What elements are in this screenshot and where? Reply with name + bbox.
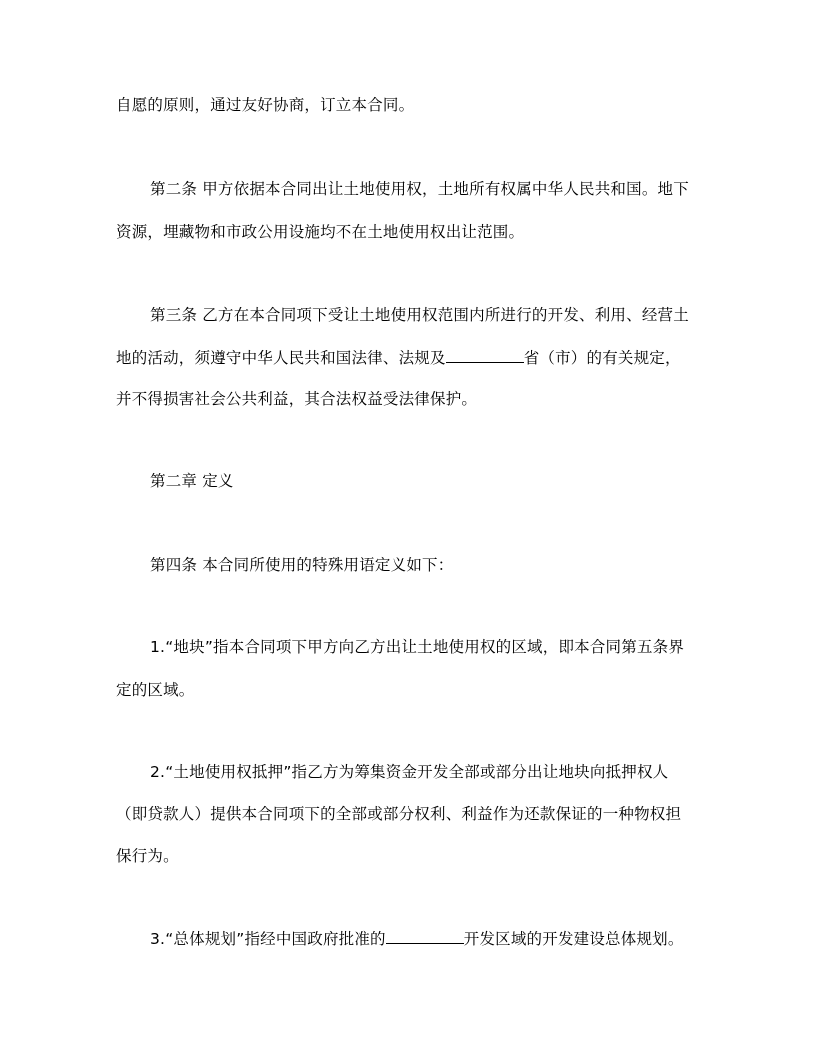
article-2-line-2: 资源，埋藏物和市政公用设施均不在土地使用权出让范围。: [116, 222, 524, 242]
definition-2-line-1: 2.“土地使用权抵押”指乙方为筹集资金开发全部或部分出让地块向抵押权人: [150, 762, 668, 782]
definition-1-line-2: 定的区域。: [116, 680, 195, 700]
article-3-line-2: 地的活动，须遵守中华人民共和国法律、法规及省（市）的有关规定，: [116, 348, 681, 368]
chapter-2-heading: 第二章 定义: [150, 471, 234, 491]
article-2-line-1: 第二条 甲方依据本合同出让土地使用权，土地所有权属中华人民共和国。地下: [150, 179, 689, 199]
paragraph-intro-line: 自愿的原则，通过友好协商，订立本合同。: [116, 95, 414, 115]
definition-3-text-before-blank: 3.“总体规划”指经中国政府批准的: [150, 930, 386, 948]
article-3-text-after-blank: 省（市）的有关规定，: [524, 349, 681, 367]
article-3-line-1: 第三条 乙方在本合同项下受让土地使用权范围内所进行的开发、利用、经营土: [150, 305, 689, 325]
definition-3-line: 3.“总体规划”指经中国政府批准的开发区域的开发建设总体规划。: [150, 929, 684, 949]
province-blank-field[interactable]: [446, 348, 524, 363]
article-4-line: 第四条 本合同所使用的特殊用语定义如下：: [150, 555, 453, 575]
definition-1-line-1: 1.“地块”指本合同项下甲方向乙方出让土地使用权的区域，即本合同第五条界: [150, 637, 684, 657]
definition-3-text-after-blank: 开发区域的开发建设总体规划。: [464, 930, 684, 948]
article-3-text-before-blank: 地的活动，须遵守中华人民共和国法律、法规及: [116, 349, 446, 367]
definition-2-line-2: （即贷款人）提供本合同项下的全部或部分权利、利益作为还款保证的一种物权担: [116, 804, 681, 824]
article-3-line-3: 并不得损害社会公共利益，其合法权益受法律保护。: [116, 389, 477, 409]
definition-2-line-3: 保行为。: [116, 846, 179, 866]
development-area-blank-field[interactable]: [386, 929, 464, 944]
